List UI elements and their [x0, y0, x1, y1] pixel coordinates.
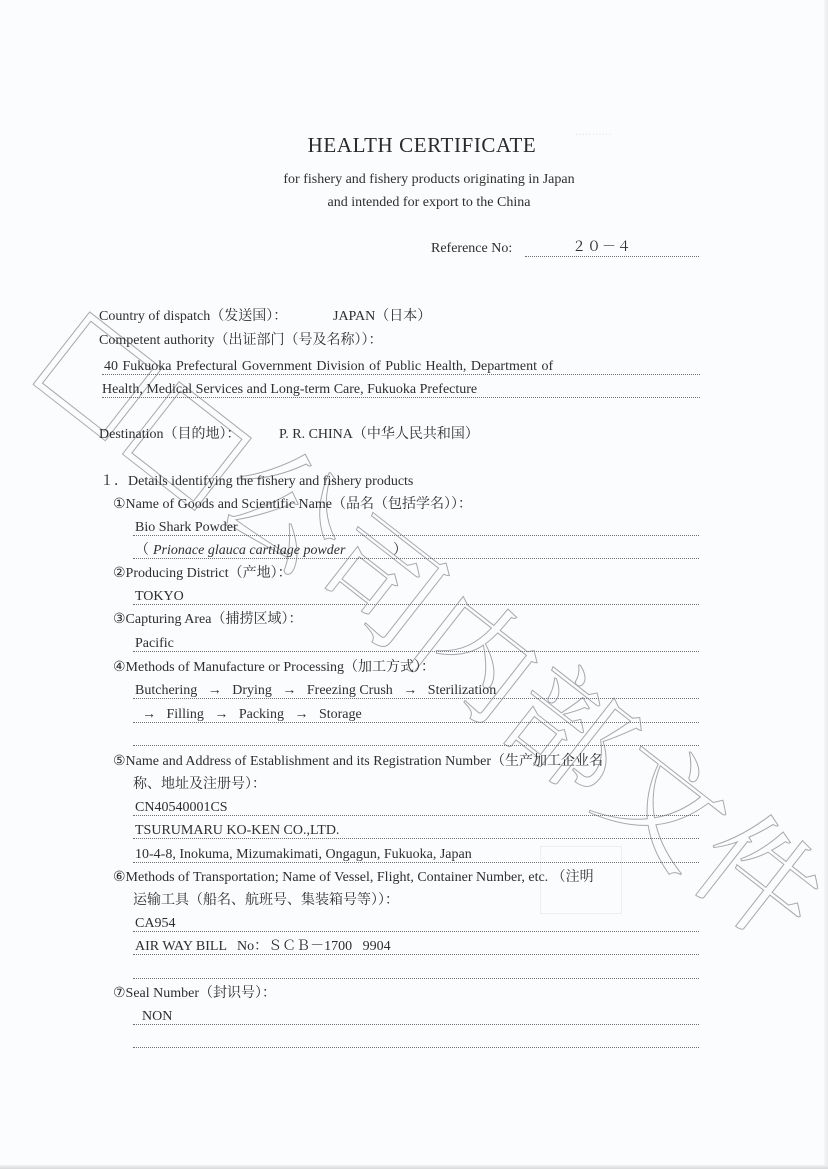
- item1-scientific-name: Prionace glauca cartilage powder: [153, 543, 345, 559]
- item6-air-way-bill: AIR WAY BILL No：ＳＣＢ－1700 9904: [135, 939, 391, 955]
- item5-label-cont: 称、地址及注册号）：: [133, 777, 266, 793]
- item1-label: ①Name of Goods and Scientific Name（品名（包括…: [113, 497, 472, 513]
- reference-value: ２０－４: [572, 240, 632, 256]
- section1-heading: １．Details identifying the fishery and fi…: [100, 474, 413, 490]
- item3-underline: [133, 651, 699, 652]
- item5-establishment-name: TSURUMARU KO-KEN CO.,LTD.: [135, 823, 339, 839]
- item6-flight-number: CA954: [135, 916, 175, 932]
- document-subtitle-line2: and intended for export to the China: [0, 195, 828, 211]
- item5-underline1: [133, 815, 699, 816]
- competent-authority-line1: 40 Fukuoka Prefectural Government Divisi…: [104, 359, 553, 375]
- competent-authority-line2: Health, Medical Services and Long-term C…: [102, 382, 477, 398]
- page-edge-right: [824, 0, 828, 1169]
- item4-value-line1: Butchering → Drying → Freezing Crush → S…: [135, 683, 496, 699]
- item3-label: ③Capturing Area（捕捞区域）：: [113, 612, 302, 628]
- destination-value: P. R. CHINA（中华人民共和国）: [279, 427, 479, 443]
- competent-authority-label: Competent authority（出证部门（号及名称））：: [99, 333, 382, 349]
- item1-value-goods: Bio Shark Powder: [135, 520, 238, 536]
- page-edge-bottom: [0, 1165, 828, 1169]
- item5-label: ⑤Name and Address of Establishment and i…: [113, 754, 603, 770]
- item2-label: ②Producing District（产地）：: [113, 566, 292, 582]
- item5-underline3: [133, 862, 699, 863]
- item6-label: ⑥Methods of Transportation; Name of Vess…: [113, 870, 594, 886]
- competent-authority-underline2: [102, 397, 700, 398]
- item3-value: Pacific: [135, 636, 174, 652]
- item7-label: ⑦Seal Number（封识号）：: [113, 986, 276, 1002]
- item4-underline3: [133, 745, 699, 746]
- item4-label: ④Methods of Manufacture or Processing（加工…: [113, 660, 435, 676]
- item5-establishment-address: 10-4-8, Inokuma, Mizumakimati, Ongagun, …: [135, 847, 472, 863]
- country-of-dispatch-label: Country of dispatch（发送国）：: [99, 309, 287, 325]
- country-of-dispatch-value: JAPAN（日本）: [333, 309, 431, 325]
- item1-underline2: [133, 558, 699, 559]
- item1-scientific-close: ）: [393, 543, 407, 559]
- item6-underline3: [133, 978, 699, 979]
- item6-underline2: [133, 954, 699, 955]
- item1-scientific-open: （: [135, 543, 149, 559]
- reference-underline: [525, 256, 699, 257]
- document-title: HEALTH CERTIFICATE: [0, 133, 828, 158]
- item1-underline1: [133, 535, 699, 536]
- item6-underline1: [133, 931, 699, 932]
- item7-value: NON: [142, 1009, 172, 1025]
- competent-authority-underline1: [102, 374, 700, 375]
- item2-underline: [133, 604, 699, 605]
- item4-underline1: [133, 698, 699, 699]
- item7-underline1: [133, 1024, 699, 1025]
- document-subtitle-line1: for fishery and fishery products origina…: [0, 172, 828, 188]
- item5-underline2: [133, 838, 699, 839]
- item4-underline2: [133, 722, 699, 723]
- item6-label-cont: 运输工具（船名、航班号、集装箱号等））：: [133, 893, 399, 909]
- item2-value: TOKYO: [135, 589, 184, 605]
- item4-value-line2: → Filling → Packing → Storage: [142, 707, 362, 723]
- reference-label: Reference No:: [431, 241, 512, 257]
- item5-registration-number: CN40540001CS: [135, 800, 228, 816]
- item7-underline2: [133, 1047, 699, 1048]
- destination-label: Destination（目的地）：: [99, 427, 241, 443]
